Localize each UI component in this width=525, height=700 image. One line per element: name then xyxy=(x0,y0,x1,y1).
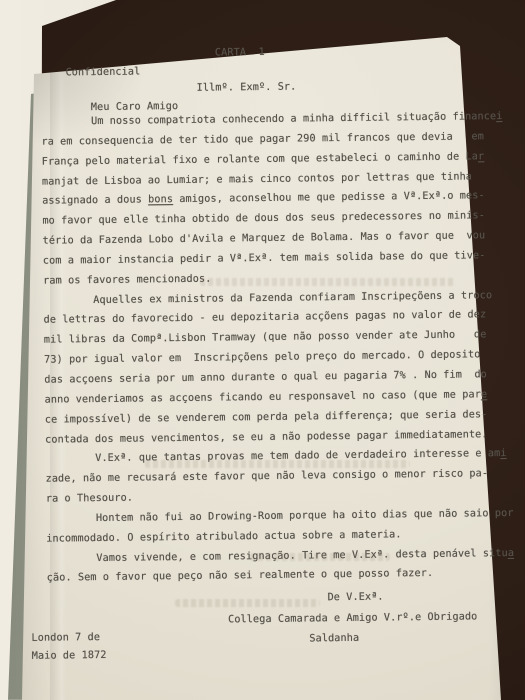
letter-line: Illmº. Exmº. Sr. xyxy=(41,79,297,100)
letter-header: CARTA 1 Confidencial Illmº. Exmº. Sr. Me… xyxy=(40,44,296,117)
letter-dateline: London 7 deMaio de 1872 xyxy=(31,629,106,666)
ink-bleedthrough xyxy=(250,553,390,561)
letter-line: Saldanha xyxy=(47,628,477,654)
letter-closing: De V.Exª. Collega Camarada e Amigo V.rº.… xyxy=(47,586,478,653)
photographed-letter-scene: CARTA 1 Confidencial Illmº. Exmº. Sr. Me… xyxy=(0,0,525,700)
letter-body: Um nosso compatriota conhecendo a minha … xyxy=(41,107,514,589)
typewritten-text-layer: CARTA 1 Confidencial Illmº. Exmº. Sr. Me… xyxy=(0,0,525,700)
ink-bleedthrough xyxy=(175,599,320,607)
letter-line: CARTA 1 xyxy=(40,44,296,65)
letter-line: Maio de 1872 xyxy=(32,647,107,666)
ink-bleedthrough xyxy=(145,460,410,468)
letter-line: London 7 de xyxy=(31,629,106,648)
ink-bleedthrough xyxy=(200,278,455,286)
